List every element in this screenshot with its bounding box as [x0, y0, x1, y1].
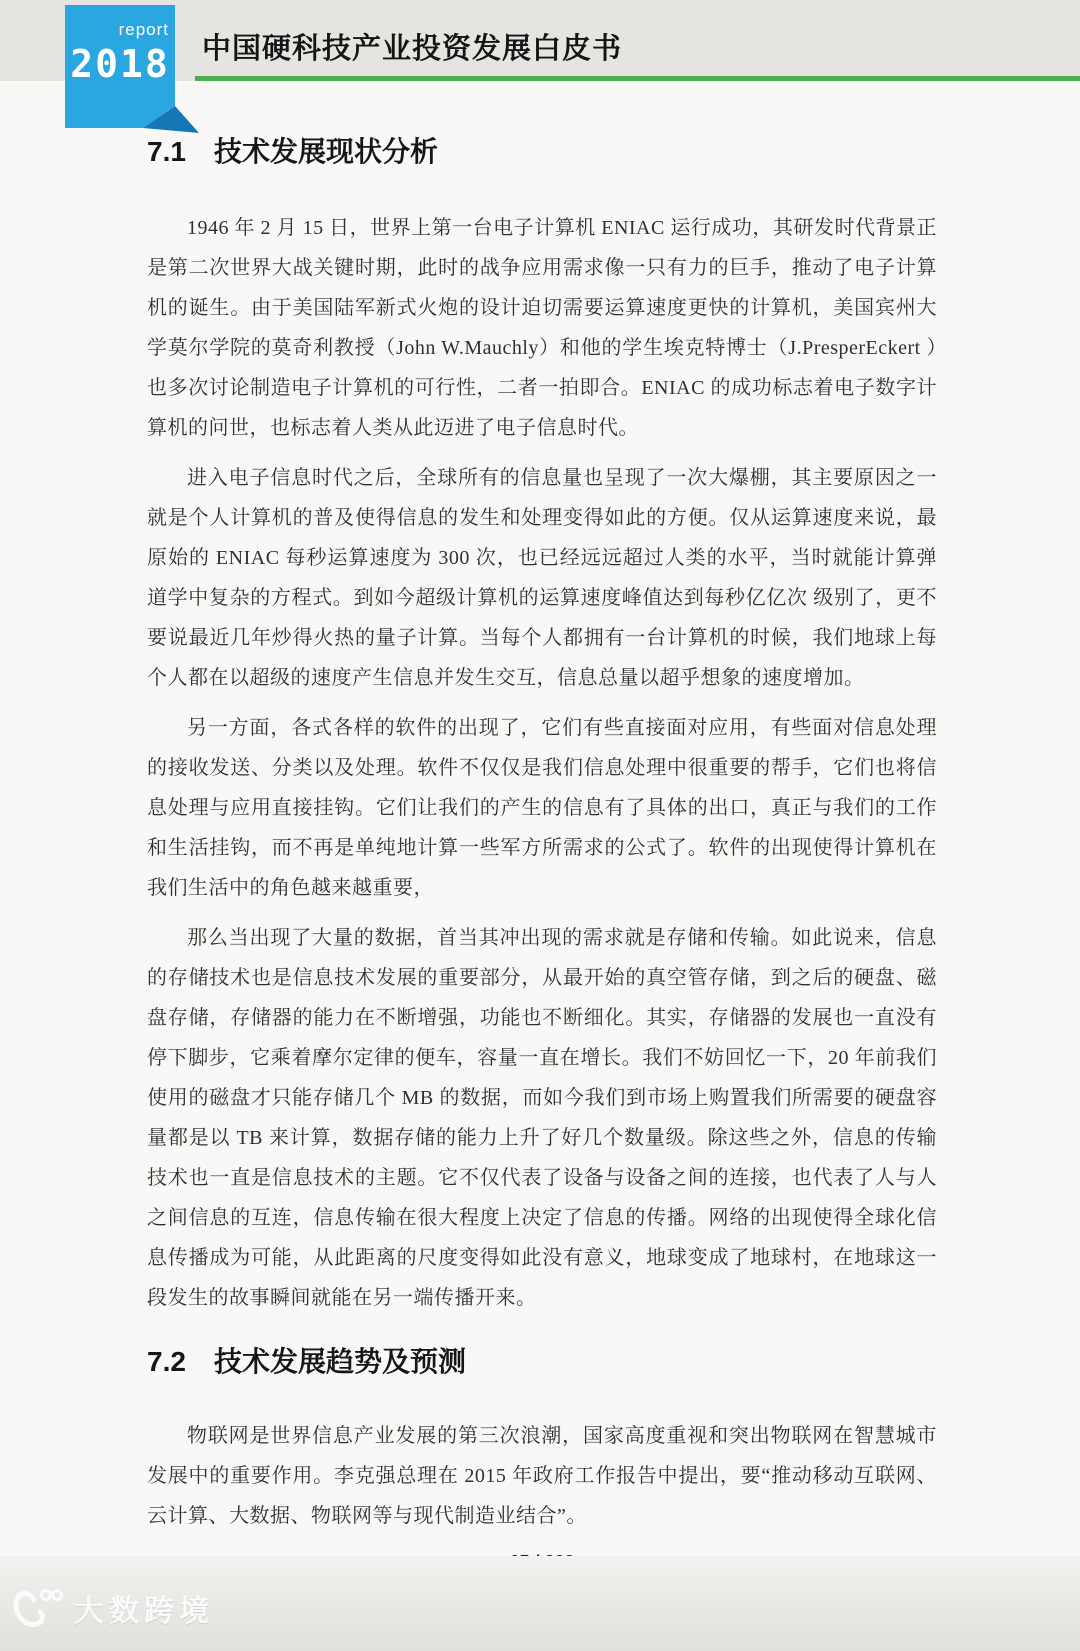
section-number: 7.1 [147, 132, 186, 172]
watermark-brand-text: 大数跨境 [74, 1586, 214, 1630]
paragraph: 进入电子信息时代之后，全球所有的信息量也呈现了一次大爆棚，其主要原因之一就是个人… [147, 458, 937, 698]
paragraph: 另一方面，各式各样的软件的出现了，它们有些直接面对应用，有些面对信息处理的接收发… [147, 708, 937, 908]
watermark: 大数跨境 [12, 1586, 214, 1630]
paragraph: 1946 年 2 月 15 日，世界上第一台电子计算机 ENIAC 运行成功，其… [147, 208, 937, 448]
page-content: 7.1 技术发展现状分析 1946 年 2 月 15 日，世界上第一台电子计算机… [147, 0, 937, 1573]
paragraph: 那么当出现了大量的数据，首当其冲出现的需求就是存储和传输。如此说来，信息的存储技… [147, 918, 937, 1318]
document-page: report 2018 中国硬科技产业投资发展白皮书 7.1 技术发展现状分析 … [0, 0, 1080, 1651]
section-number: 7.2 [147, 1342, 186, 1382]
section-heading-7-1: 7.1 技术发展现状分析 [147, 132, 937, 172]
section-title: 技术发展趋势及预测 [214, 1342, 466, 1382]
section-heading-7-2: 7.2 技术发展趋势及预测 [147, 1342, 937, 1382]
section-title: 技术发展现状分析 [214, 132, 438, 172]
paragraph: 物联网是世界信息产业发展的第三次浪潮，国家高度重视和突出物联网在智慧城市发展中的… [147, 1416, 937, 1536]
watermark-logo-icon [12, 1586, 64, 1630]
